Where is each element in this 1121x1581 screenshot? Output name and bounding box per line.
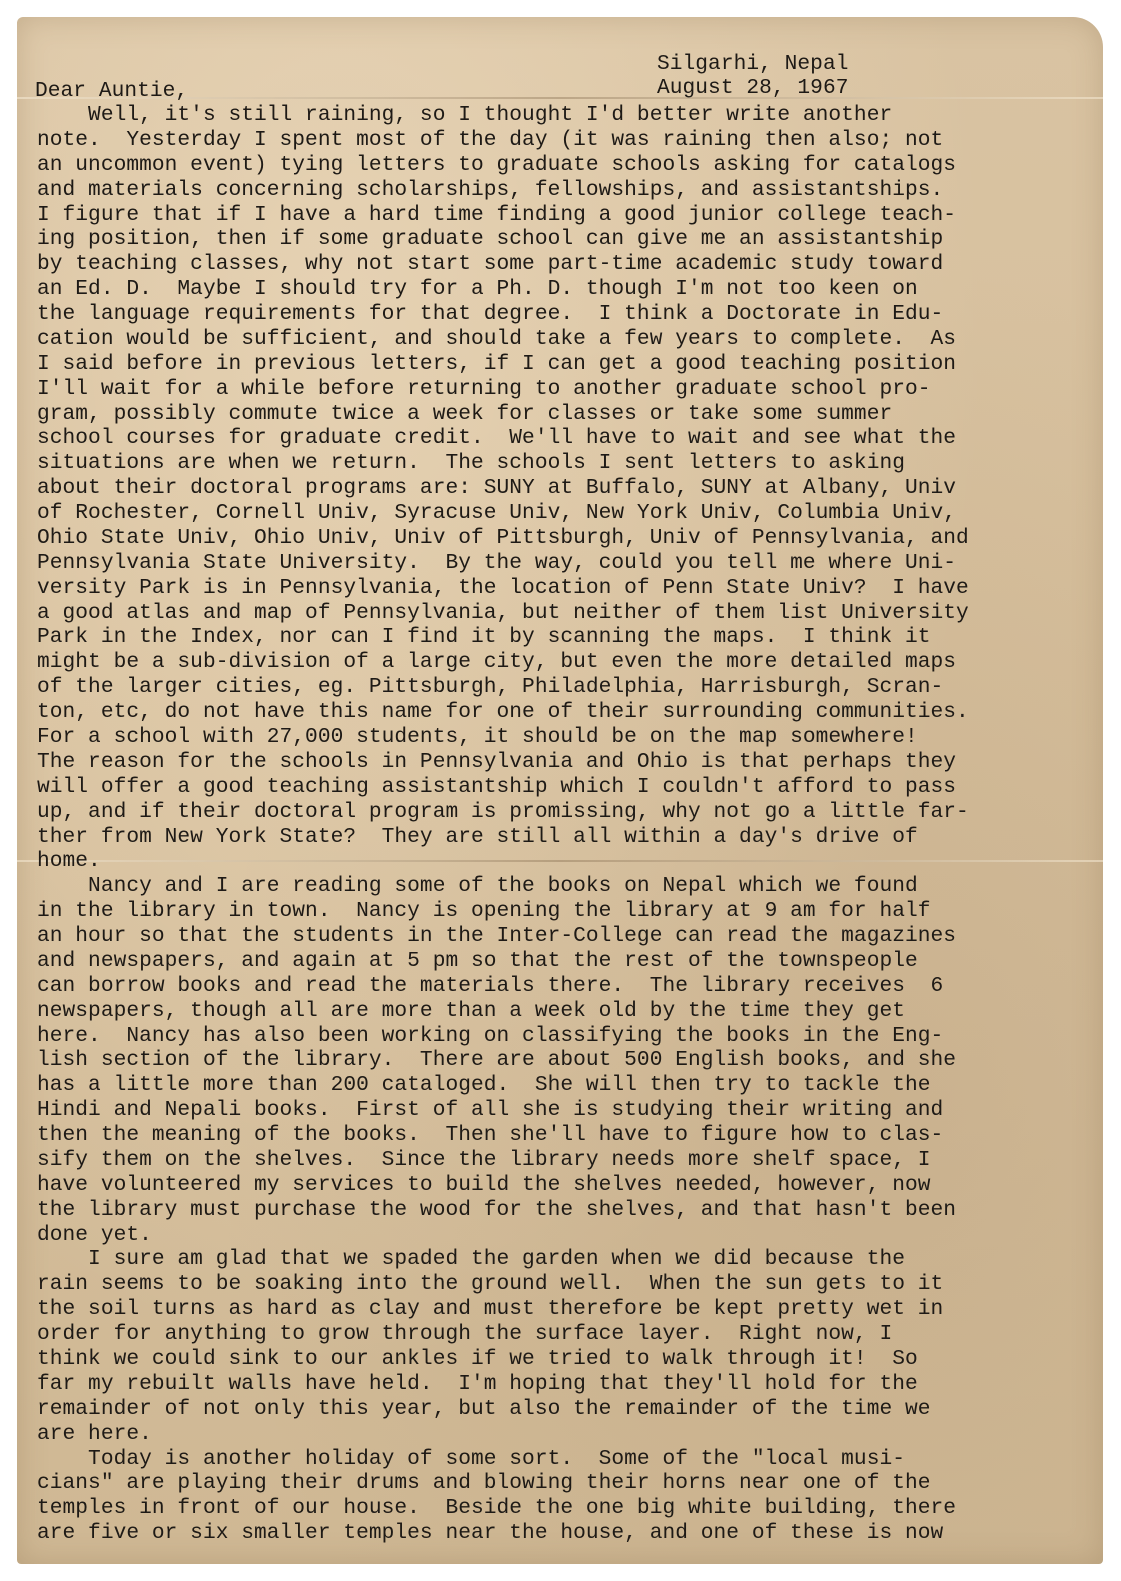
letter-line: Well, it's still raining, so I thought I… bbox=[37, 103, 892, 128]
letter-line: Park in the Index, nor can I find it by … bbox=[37, 625, 931, 650]
letter-line: by teaching classes, why not start some … bbox=[37, 252, 943, 277]
letter-line: up, and if their doctoral program is pro… bbox=[37, 800, 969, 825]
letter-line: cation would be sufficient, and should t… bbox=[37, 327, 956, 352]
letter-line: think we could sink to our ankles if we … bbox=[37, 1347, 918, 1372]
letter-line: Nancy and I are reading some of the book… bbox=[37, 874, 918, 899]
letter-line: versity Park is in Pennsylvania, the loc… bbox=[37, 576, 969, 601]
letter-line: the library must purchase the wood for t… bbox=[37, 1198, 956, 1223]
letter-line: then the meaning of the books. Then she'… bbox=[37, 1123, 943, 1148]
letter-line: rain seems to be soaking into the ground… bbox=[37, 1272, 943, 1297]
letter-line: Ohio State Univ, Ohio Univ, Univ of Pitt… bbox=[37, 526, 969, 551]
letter-date: August 28, 1967 bbox=[657, 76, 848, 101]
letter-line: here. Nancy has also been working on cla… bbox=[37, 1024, 943, 1049]
letter-line: note. Yesterday I spent most of the day … bbox=[37, 128, 943, 153]
letter-line: of Rochester, Cornell Univ, Syracuse Uni… bbox=[37, 501, 956, 526]
letter-line: far my rebuilt walls have held. I'm hopi… bbox=[37, 1372, 918, 1397]
letter-line: and newspapers, and again at 5 pm so tha… bbox=[37, 949, 918, 974]
letter-line: Today is another holiday of some sort. S… bbox=[37, 1447, 905, 1472]
letter-line: The reason for the schools in Pennsylvan… bbox=[37, 750, 956, 775]
letter-line: an uncommon event) tying letters to grad… bbox=[37, 153, 956, 178]
letter-line: are here. bbox=[37, 1422, 152, 1447]
letter-line: lish section of the library. There are a… bbox=[37, 1048, 956, 1073]
letter-line: has a little more than 200 cataloged. Sh… bbox=[37, 1073, 931, 1098]
letter-line: I'll wait for a while before returning t… bbox=[37, 377, 931, 402]
letter-line: can borrow books and read the materials … bbox=[37, 974, 943, 999]
letter-line: ing position, then if some graduate scho… bbox=[37, 227, 943, 252]
letter-line: and materials concerning scholarships, f… bbox=[37, 178, 943, 203]
letter-line: temples in front of our house. Beside th… bbox=[37, 1496, 956, 1521]
letter-line: ton, etc, do not have this name for one … bbox=[37, 700, 969, 725]
letter-line: I said before in previous letters, if I … bbox=[37, 352, 956, 377]
letter-line: situations are when we return. The schoo… bbox=[37, 451, 905, 476]
letter-line: Hindi and Nepali books. First of all she… bbox=[37, 1098, 943, 1123]
letter-page: Silgarhi, Nepal August 28, 1967 Dear Aun… bbox=[17, 17, 1103, 1564]
letter-line: I figure that if I have a hard time find… bbox=[37, 203, 956, 228]
letter-line: the soil turns as hard as clay and must … bbox=[37, 1297, 943, 1322]
letter-line: about their doctoral programs are: SUNY … bbox=[37, 476, 956, 501]
letter-line: done yet. bbox=[37, 1223, 152, 1248]
letter-salutation: Dear Auntie, bbox=[35, 79, 188, 104]
letter-line: ther from New York State? They are still… bbox=[37, 825, 918, 850]
letter-line: I sure am glad that we spaded the garden… bbox=[37, 1247, 905, 1272]
letter-line: in the library in town. Nancy is opening… bbox=[37, 899, 931, 924]
letter-line: gram, possibly commute twice a week for … bbox=[37, 402, 892, 427]
letter-line: a good atlas and map of Pennsylvania, bu… bbox=[37, 601, 969, 626]
letter-line: remainder of not only this year, but als… bbox=[37, 1397, 931, 1422]
letter-line: sify them on the shelves. Since the libr… bbox=[37, 1148, 931, 1173]
letter-place: Silgarhi, Nepal bbox=[657, 52, 848, 77]
letter-line: might be a sub-division of a large city,… bbox=[37, 650, 956, 675]
letter-line: have volunteered my services to build th… bbox=[37, 1173, 931, 1198]
letter-line: order for anything to grow through the s… bbox=[37, 1322, 892, 1347]
letter-line: home. bbox=[37, 849, 101, 874]
letter-line: an hour so that the students in the Inte… bbox=[37, 924, 956, 949]
letter-line: are five or six smaller temples near the… bbox=[37, 1521, 943, 1546]
letter-line: Pennsylvania State University. By the wa… bbox=[37, 551, 956, 576]
letter-line: For a school with 27,000 students, it sh… bbox=[37, 725, 918, 750]
letter-line: the language requirements for that degre… bbox=[37, 302, 943, 327]
letter-line: of the larger cities, eg. Pittsburgh, Ph… bbox=[37, 675, 943, 700]
letter-line: an Ed. D. Maybe I should try for a Ph. D… bbox=[37, 277, 918, 302]
letter-line: school courses for graduate credit. We'l… bbox=[37, 426, 956, 451]
letter-body: Silgarhi, Nepal August 28, 1967 Dear Aun… bbox=[17, 17, 1103, 1564]
letter-line: newspapers, though all are more than a w… bbox=[37, 999, 905, 1024]
letter-line: will offer a good teaching assistantship… bbox=[37, 775, 956, 800]
letter-line: cians" are playing their drums and blowi… bbox=[37, 1471, 931, 1496]
